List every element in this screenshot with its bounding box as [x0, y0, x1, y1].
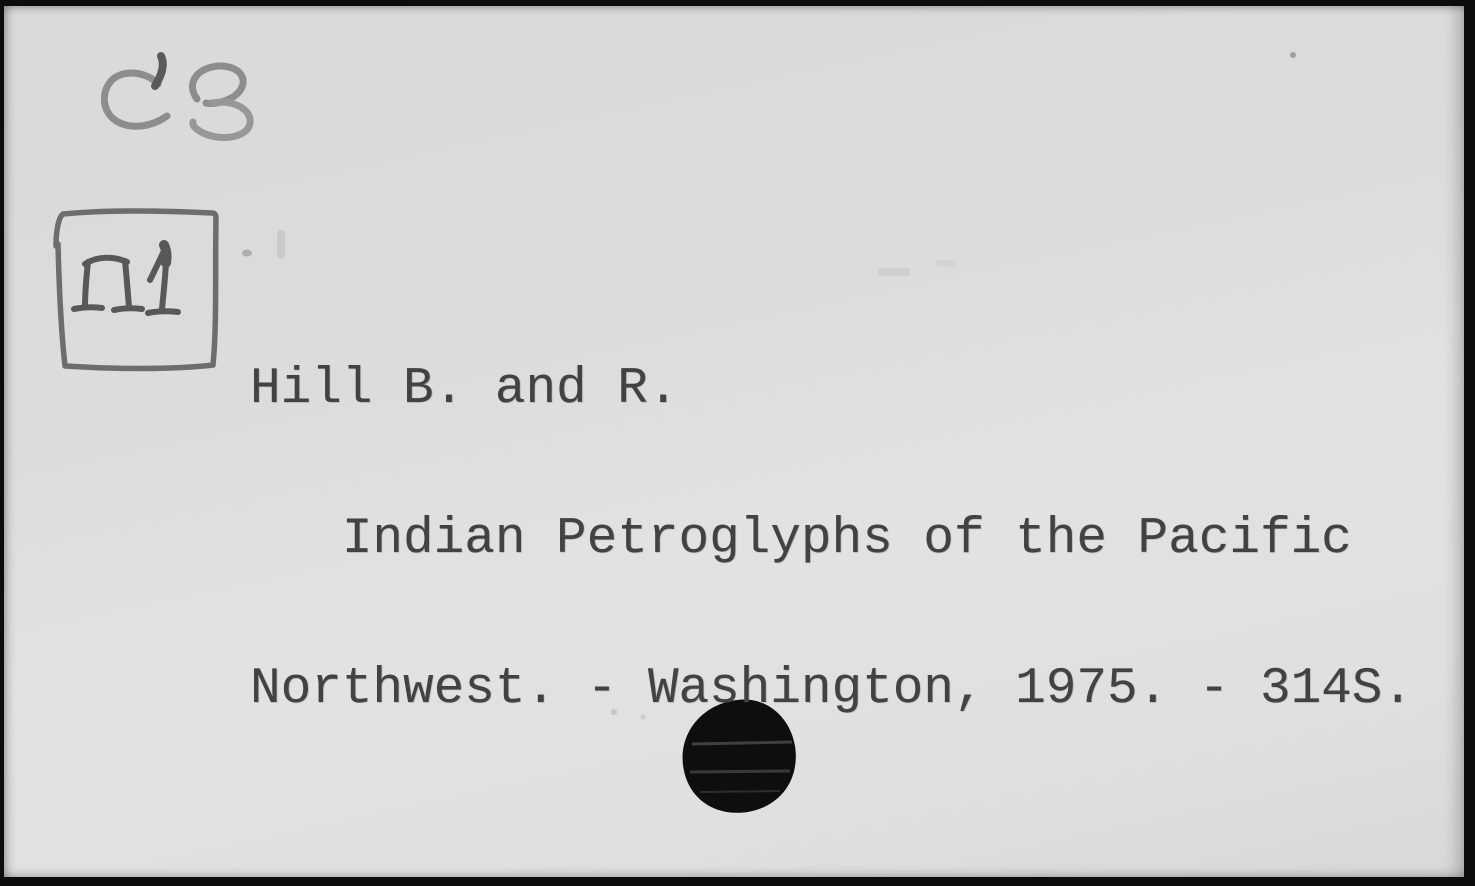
handwritten-shelfmark: [104, 56, 250, 138]
scanned-catalog-card: Hill B. and R. Indian Petroglyphs of the…: [0, 0, 1475, 886]
typed-line-title: Indian Petroglyphs of the Pacific: [250, 515, 1413, 565]
typed-line-author: Hill B. and R.: [250, 365, 1413, 415]
handwritten-box-label: [74, 245, 178, 313]
typed-line-imprint: Northwest. - Washington, 1975. - 314S.: [250, 665, 1413, 715]
handwritten-box: [56, 211, 216, 369]
scan-border-bottom: [0, 877, 1475, 886]
typed-text-block: Hill B. and R. Indian Petroglyphs of the…: [250, 265, 1413, 815]
scan-border-left: [0, 0, 4, 886]
scan-border-right: [1464, 0, 1475, 886]
scan-border-top: [0, 0, 1475, 6]
card-surface: Hill B. and R. Indian Petroglyphs of the…: [4, 6, 1464, 877]
